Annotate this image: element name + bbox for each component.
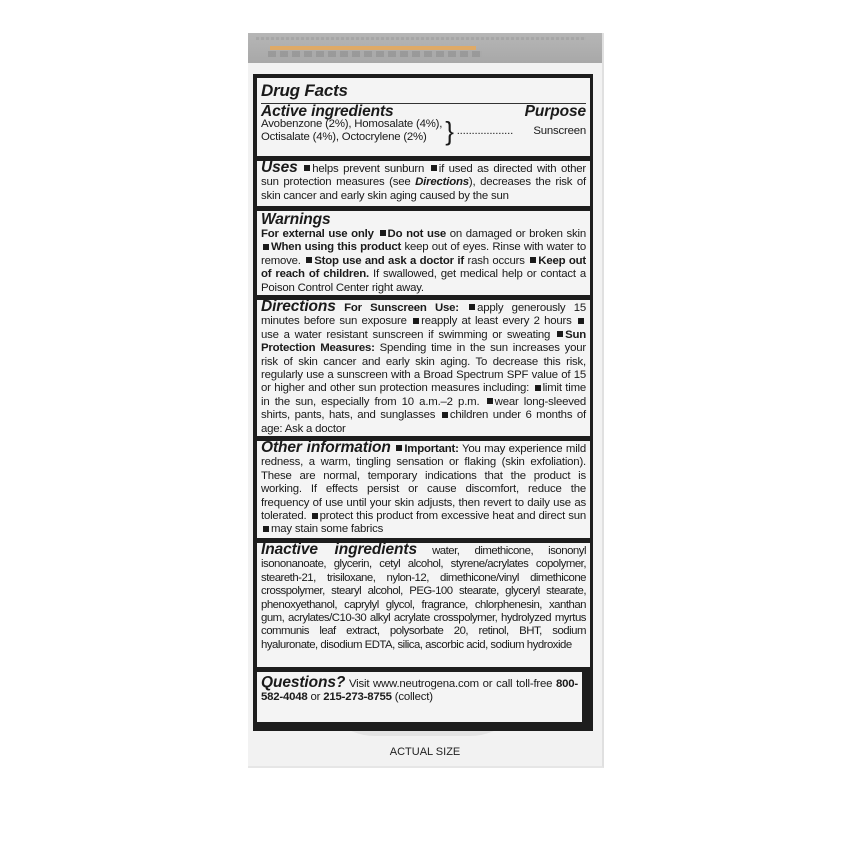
- directions-heading: Directions: [261, 298, 336, 315]
- bullet-icon: [530, 257, 536, 263]
- active-header-row: Active ingredients Purpose: [261, 105, 586, 118]
- for-sunscreen-use: For Sunscreen Use:: [344, 302, 459, 314]
- bullet-icon: [487, 398, 493, 404]
- bullet-icon: [557, 331, 563, 337]
- section-directions: Directions For Sunscreen Use: apply gene…: [257, 300, 590, 436]
- section-other-information: Other information Important: You may exp…: [257, 441, 590, 538]
- purpose-heading: Purpose: [525, 105, 586, 118]
- questions-or: or: [308, 691, 324, 703]
- uses-item: helps prevent sunburn: [312, 163, 424, 175]
- flap-brand-mirrored: [268, 51, 482, 57]
- bullet-icon: [263, 526, 269, 532]
- bullet-icon: [413, 318, 419, 324]
- bullet-icon: [306, 257, 312, 263]
- bullet-icon: [263, 244, 269, 250]
- section-warnings: Warnings For external use only Do not us…: [257, 211, 590, 295]
- bullet-icon: [312, 513, 318, 519]
- active-ingredients-heading: Active ingredients: [261, 105, 394, 118]
- other-item: may stain some fabrics: [271, 523, 383, 535]
- bullet-icon: [431, 165, 437, 171]
- bullet-icon: [442, 412, 448, 418]
- section-uses: Uses helps prevent sunburn if used as di…: [257, 161, 590, 206]
- direction-item: use a water resistant sunscreen if swimm…: [261, 329, 550, 341]
- ingredient-line-2: Octisalate (4%), Octocrylene (2%): [261, 131, 442, 144]
- phone-collect: 215-273-8755: [323, 691, 392, 703]
- leader-dots: ...................: [457, 125, 534, 138]
- warning-when-using: When using this product: [271, 241, 401, 253]
- bullet-icon: [304, 165, 310, 171]
- uses-heading: Uses: [261, 159, 298, 176]
- bullet-icon: [578, 318, 584, 324]
- actual-size-label: ACTUAL SIZE: [248, 746, 602, 758]
- bullet-icon: [396, 445, 402, 451]
- directions-reference: Directions: [415, 176, 469, 188]
- direction-item: reapply at least every 2 hours: [421, 315, 572, 327]
- important-label: Important:: [404, 443, 458, 455]
- flap-orange-stripe: [270, 46, 476, 50]
- section-active-ingredients: Drug Facts Active ingredients Purpose Av…: [257, 78, 590, 156]
- warning-text: on damaged or broken skin: [446, 228, 586, 240]
- other-item: protect this product from excessive heat…: [320, 510, 586, 522]
- bullet-icon: [380, 230, 386, 236]
- product-box-back: Drug Facts Active ingredients Purpose Av…: [248, 33, 604, 768]
- warning-text: rash occurs: [464, 255, 525, 267]
- active-ingredients-list: Avobenzone (2%), Homosalate (4%), Octisa…: [261, 118, 586, 143]
- ingredient-lines: Avobenzone (2%), Homosalate (4%), Octisa…: [261, 118, 442, 143]
- warning-external: For external use only: [261, 228, 374, 240]
- ingredient-line-1: Avobenzone (2%), Homosalate (4%),: [261, 118, 442, 131]
- questions-heading: Questions?: [261, 674, 345, 691]
- inactive-ingredients-heading: Inactive ingredients: [261, 541, 417, 558]
- bullet-icon: [469, 304, 475, 310]
- flap-print-texture: [256, 37, 586, 40]
- box-top-flap: [248, 33, 602, 63]
- collect-note: (collect): [392, 691, 433, 703]
- questions-text: Visit www.neutrogena.com or call toll-fr…: [345, 678, 556, 690]
- warning-stop-use: Stop use and ask a doctor if: [314, 255, 464, 267]
- warnings-heading: Warnings: [261, 211, 586, 228]
- bullet-icon: [535, 385, 541, 391]
- section-questions: Questions? Visit www.neutrogena.com or c…: [257, 672, 582, 722]
- brace-icon: }: [445, 121, 453, 141]
- section-inactive-ingredients: Inactive ingredients water, dimethicone,…: [257, 543, 590, 667]
- purpose-value: Sunscreen: [533, 125, 586, 138]
- drug-facts-title: Drug Facts: [261, 78, 586, 101]
- other-information-heading: Other information: [261, 439, 391, 456]
- warning-do-not-use: Do not use: [388, 228, 446, 240]
- inactive-ingredients-list: water, dimethicone, isononyl isononanoat…: [261, 545, 586, 651]
- drug-facts-panel: Drug Facts Active ingredients Purpose Av…: [253, 74, 593, 731]
